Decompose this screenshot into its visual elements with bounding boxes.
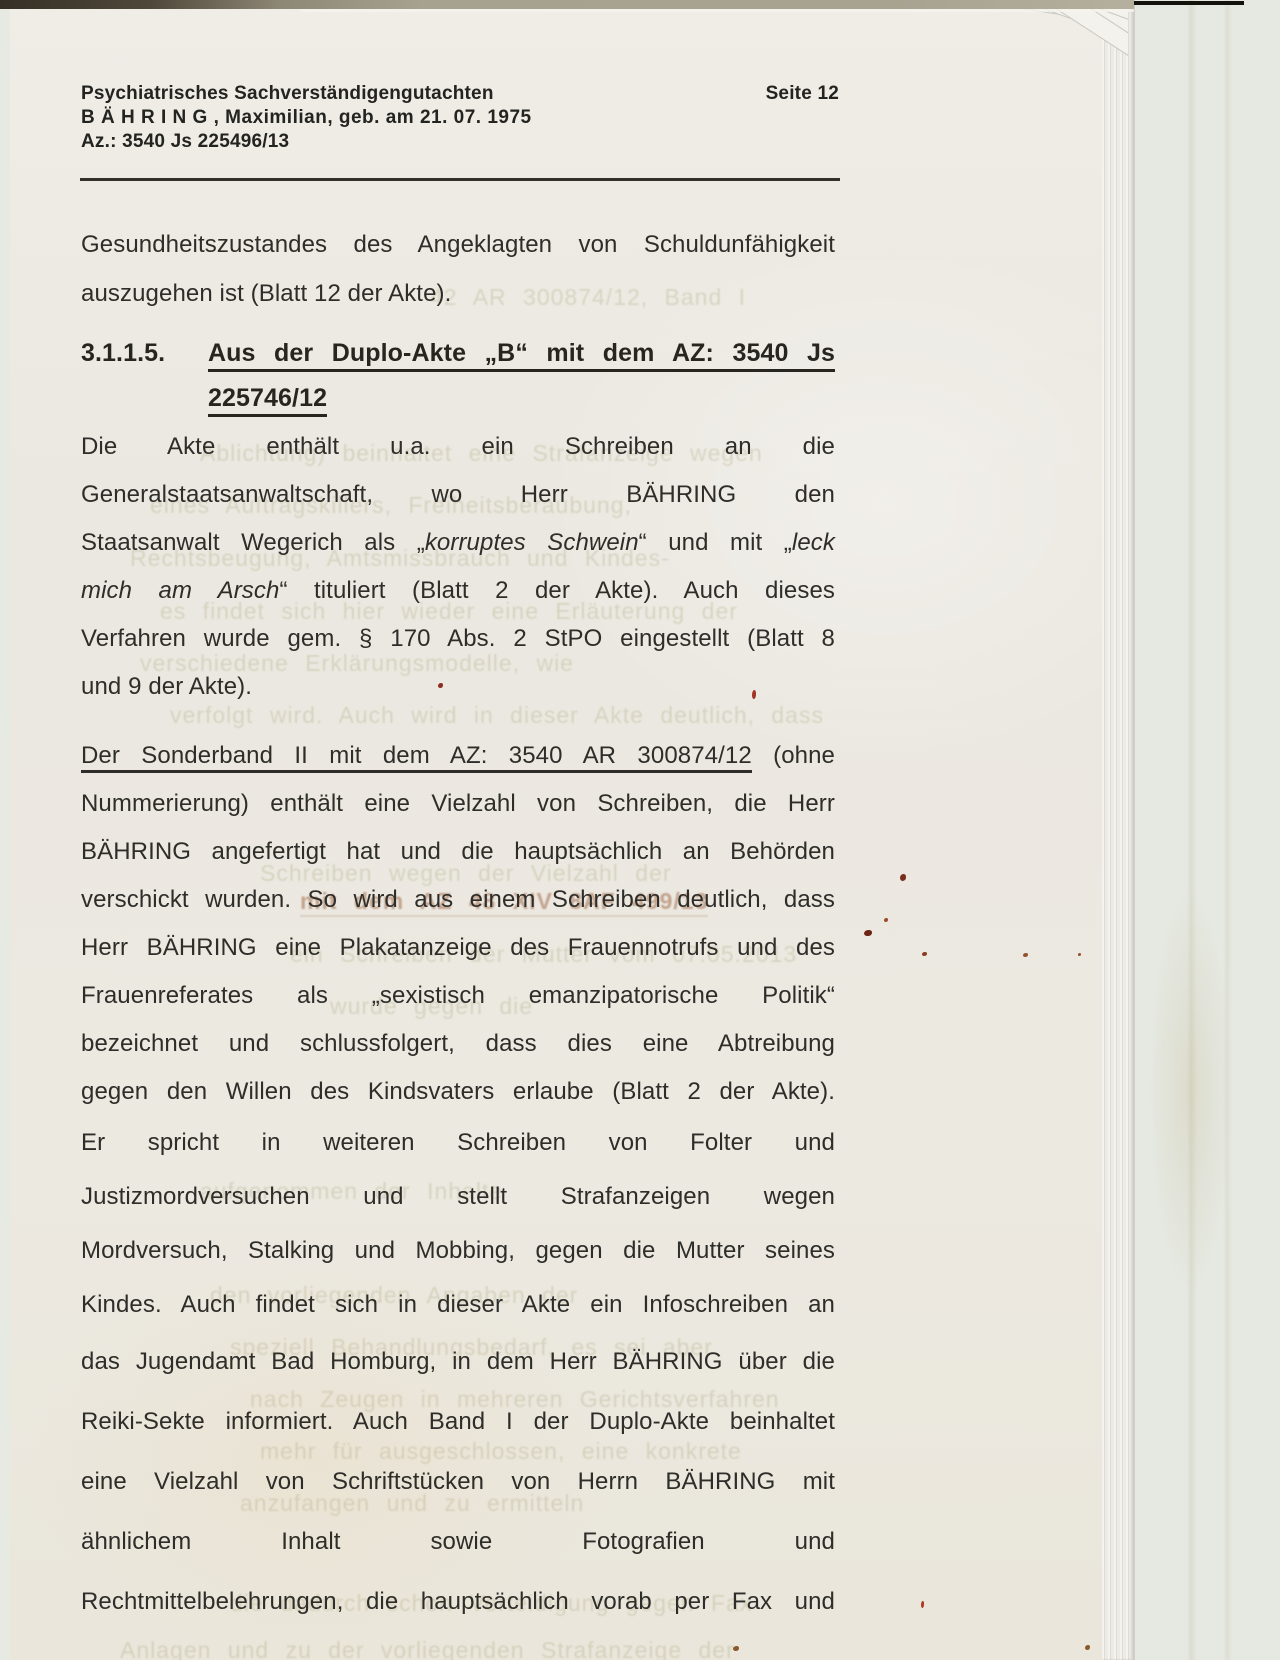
heading-number: 3.1.1.5.: [81, 331, 165, 376]
paragraph: Die Akte enthält u.a. ein Schreiben an d…: [81, 423, 835, 711]
text-segment: Frauenreferates als „sexistisch emanzipa…: [81, 982, 835, 1009]
text-segment: ähnlichem Inhalt sowie Fotografien und: [81, 1528, 835, 1555]
text-segment: das Jugendamt Bad Homburg, in dem Herr B…: [81, 1348, 835, 1375]
text-segment: Die Akte enthält u.a. ein Schreiben an d…: [81, 433, 835, 460]
heading-underlined-text: 225746/12: [208, 384, 327, 417]
text-segment: Kindes. Auch findet sich in dieser Akte …: [81, 1291, 835, 1318]
text-line: Kindes. Auch findet sich in dieser Akte …: [81, 1278, 835, 1332]
section-heading: 3.1.1.5.Aus der Duplo-Akte „B“ mit dem A…: [81, 331, 835, 421]
text-line: bezeichnet und schlussfolgert, dass dies…: [81, 1020, 835, 1068]
scanner-left-edge: [0, 0, 10, 1660]
text-line: Justizmordversuchen und stellt Strafanze…: [81, 1170, 835, 1224]
text-segment: (ohne: [752, 742, 835, 769]
text-line: Mordversuch, Stalking und Mobbing, gegen…: [81, 1224, 835, 1278]
text-line: ähnlichem Inhalt sowie Fotografien und: [81, 1512, 835, 1572]
page-stack-edges: [1102, 0, 1134, 1660]
text-segment: Der Sonderband II mit dem AZ: 3540 AR 30…: [81, 742, 752, 773]
text-segment: auszugehen ist (Blatt 12 der Akte).: [81, 280, 451, 307]
heading-line: Aus der Duplo-Akte „B“ mit dem AZ: 3540 …: [208, 331, 835, 376]
text-segment: mich am Arsch: [81, 577, 279, 604]
heading-line: 225746/12: [208, 376, 835, 421]
text-line: und 9 der Akte).: [81, 663, 835, 711]
text-segment: leck: [792, 529, 835, 556]
scan-edge-line: [1134, 1, 1244, 5]
text-line: Nummerierung) enthält eine Vielzahl von …: [81, 780, 835, 828]
document-header: Psychiatrisches Sachverständigengutachte…: [81, 82, 839, 154]
text-line: Die Akte enthält u.a. ein Schreiben an d…: [81, 423, 835, 471]
text-line: Reiki-Sekte informiert. Auch Band I der …: [81, 1392, 835, 1452]
text-line: Der Sonderband II mit dem AZ: 3540 AR 30…: [81, 732, 835, 780]
document-title: Psychiatrisches Sachverständigengutachte…: [81, 82, 494, 106]
text-segment: Mordversuch, Stalking und Mobbing, gegen…: [81, 1237, 835, 1264]
text-segment: eine Vielzahl von Schriftstücken von Her…: [81, 1468, 835, 1495]
text-line: gegen den Willen des Kindsvaters erlaube…: [81, 1068, 835, 1116]
text-segment: “ tituliert (Blatt 2 der Akte). Auch die…: [279, 577, 835, 604]
text-segment: “ und mit „: [639, 529, 792, 556]
case-number: Az.: 3540 Js 225496/13: [81, 130, 289, 154]
text-line: mich am Arsch“ tituliert (Blatt 2 der Ak…: [81, 567, 835, 615]
header-row-3: Az.: 3540 Js 225496/13: [81, 130, 839, 154]
text-segment: Verfahren wurde gem. § 170 Abs. 2 StPO e…: [81, 625, 835, 652]
text-line: Verfahren wurde gem. § 170 Abs. 2 StPO e…: [81, 615, 835, 663]
document-body: Gesundheitszustandes des Angeklagten von…: [81, 220, 835, 1632]
text-line: Gesundheitszustandes des Angeklagten von…: [81, 220, 835, 269]
text-segment: Reiki-Sekte informiert. Auch Band I der …: [81, 1408, 835, 1435]
text-segment: Er spricht in weiteren Schreiben von Fol…: [81, 1129, 835, 1156]
text-line: Rechtmittelbelehrungen, die hauptsächlic…: [81, 1572, 835, 1632]
text-line: BÄHRING angefertigt hat und die hauptsäc…: [81, 828, 835, 876]
header-row-2: B Ä H R I N G , Maximilian, geb. am 21. …: [81, 106, 839, 130]
text-line: verschickt wurden. So wird aus einem Sch…: [81, 876, 835, 924]
text-line: Staatsanwalt Wegerich als „korruptes Sch…: [81, 519, 835, 567]
text-segment: Generalstaatsanwaltschaft, wo Herr BÄHRI…: [81, 481, 835, 508]
text-segment: Justizmordversuchen und stellt Strafanze…: [81, 1183, 835, 1210]
scanner-top-edge: [0, 0, 1134, 9]
text-segment: verschickt wurden. So wird aus einem Sch…: [81, 886, 835, 913]
text-line: Er spricht in weiteren Schreiben von Fol…: [81, 1116, 835, 1170]
text-segment: BÄHRING angefertigt hat und die hauptsäc…: [81, 838, 835, 865]
heading-underlined-text: Aus der Duplo-Akte „B“ mit dem AZ: 3540 …: [208, 339, 835, 372]
text-line: Frauenreferates als „sexistisch emanzipa…: [81, 972, 835, 1020]
text-segment: Staatsanwalt Wegerich als „: [81, 529, 425, 556]
text-line: eine Vielzahl von Schriftstücken von Her…: [81, 1452, 835, 1512]
page-number-label: Seite 12: [766, 82, 839, 106]
text-line: Herr BÄHRING eine Plakatanzeige des Frau…: [81, 924, 835, 972]
page-top-edge-highlight: [300, 9, 1134, 12]
text-segment: Nummerierung) enthält eine Vielzahl von …: [81, 790, 835, 817]
adjacent-page-surface: [1134, 0, 1280, 1660]
text-segment: gegen den Willen des Kindsvaters erlaube…: [81, 1078, 835, 1105]
text-segment: korruptes Schwein: [425, 529, 639, 556]
paragraph: Gesundheitszustandes des Angeklagten von…: [81, 220, 835, 318]
subject-name: B Ä H R I N G , Maximilian, geb. am 21. …: [81, 106, 532, 130]
header-divider-rule: [80, 178, 840, 181]
text-segment: Gesundheitszustandes des Angeklagten von…: [81, 231, 835, 258]
header-row-1: Psychiatrisches Sachverständigengutachte…: [81, 82, 839, 106]
text-line: Generalstaatsanwaltschaft, wo Herr BÄHRI…: [81, 471, 835, 519]
text-line: das Jugendamt Bad Homburg, in dem Herr B…: [81, 1332, 835, 1392]
text-segment: bezeichnet und schlussfolgert, dass dies…: [81, 1030, 835, 1057]
text-segment: Rechtmittelbelehrungen, die hauptsächlic…: [81, 1588, 835, 1615]
text-segment: und 9 der Akte).: [81, 673, 252, 700]
paragraph: Der Sonderband II mit dem AZ: 3540 AR 30…: [81, 732, 835, 1632]
text-segment: Herr BÄHRING eine Plakatanzeige des Frau…: [81, 934, 835, 961]
text-line: auszugehen ist (Blatt 12 der Akte).: [81, 269, 835, 318]
